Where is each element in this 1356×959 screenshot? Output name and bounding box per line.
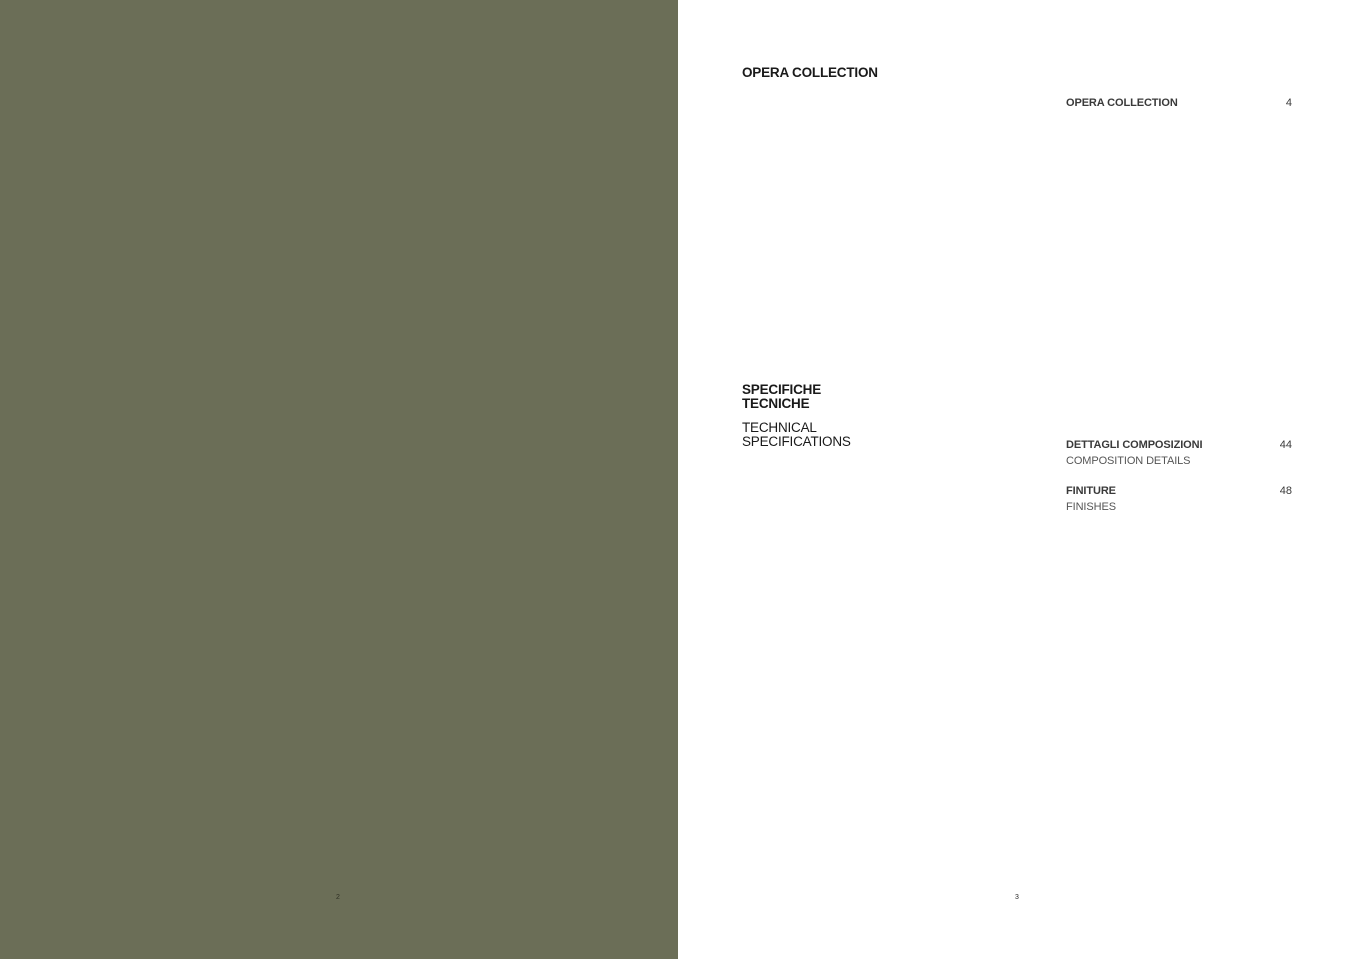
toc-entry-page: 4 xyxy=(1286,97,1292,109)
toc-entry[interactable]: OPERA COLLECTION 4 xyxy=(1066,97,1292,109)
section-subtitle-technical-specifications: TECHNICAL SPECIFICATIONS xyxy=(742,421,882,449)
toc-entry[interactable]: FINITURE 48 FINISHES xyxy=(1066,485,1292,513)
toc-entry-label: DETTAGLI COMPOSIZIONI xyxy=(1066,439,1202,451)
toc-entry-label: FINITURE xyxy=(1066,485,1116,497)
toc-entry-page: 44 xyxy=(1280,439,1292,451)
toc-entry[interactable]: DETTAGLI COMPOSIZIONI 44 COMPOSITION DET… xyxy=(1066,439,1292,467)
toc-entry-page: 48 xyxy=(1280,485,1292,497)
section-title-specifiche-tecniche: SPECIFICHE TECNICHE xyxy=(742,383,882,411)
right-page-number: 3 xyxy=(1015,894,1019,901)
toc-entry-sublabel: COMPOSITION DETAILS xyxy=(1066,455,1292,467)
left-page-color-panel: 2 xyxy=(0,0,678,959)
section-title-opera-collection: OPERA COLLECTION xyxy=(742,66,878,80)
toc-group-opera-collection: OPERA COLLECTION 4 xyxy=(1066,97,1292,127)
left-page-number: 2 xyxy=(336,894,340,901)
toc-group-technical-specifications: DETTAGLI COMPOSIZIONI 44 COMPOSITION DET… xyxy=(1066,439,1292,531)
toc-entry-sublabel: FINISHES xyxy=(1066,501,1292,513)
right-page-contents: OPERA COLLECTION OPERA COLLECTION 4 SPEC… xyxy=(678,0,1356,959)
toc-entry-label: OPERA COLLECTION xyxy=(1066,97,1178,109)
